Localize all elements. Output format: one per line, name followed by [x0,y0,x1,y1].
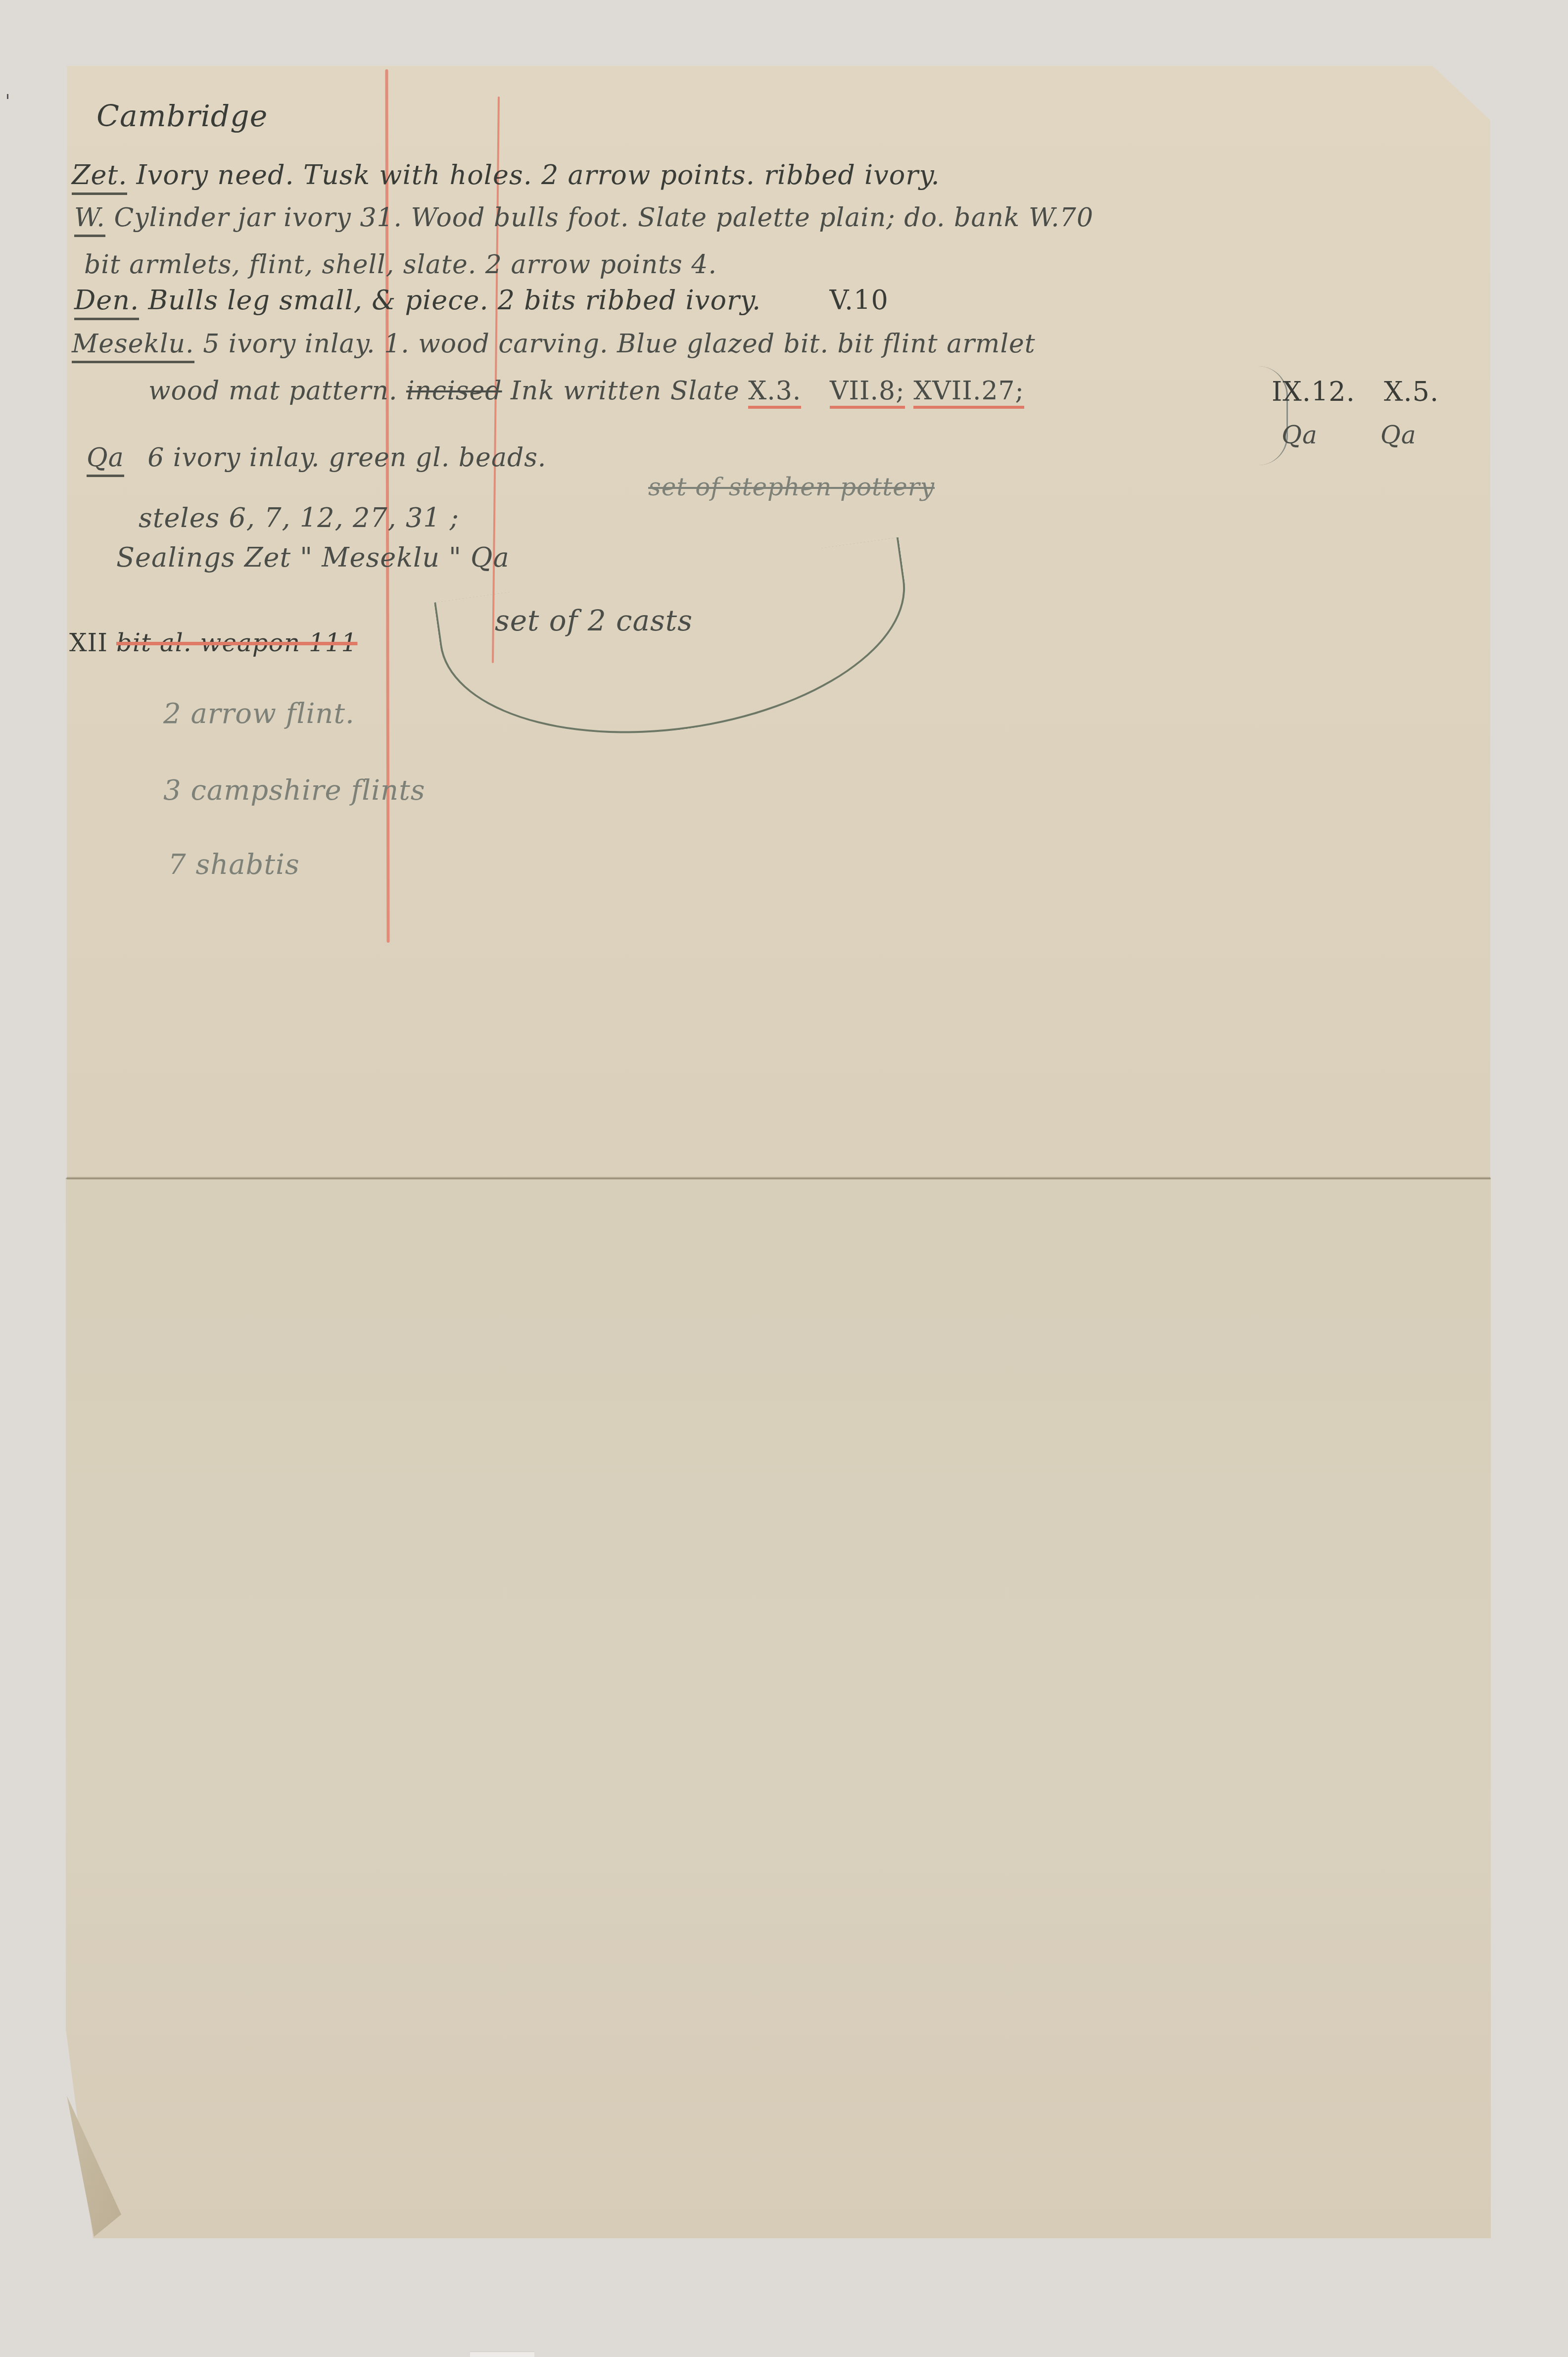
line-sealings: Sealings Zet " Meseklu " Qa [116,542,510,573]
line-label: XII [69,628,108,657]
line-w-cont: bit armlets, flint, shell, slate. 2 arro… [84,250,717,280]
line-label: W. [74,203,105,237]
ref-group-right: IX.12. X.5. [1272,376,1439,407]
line-text: bit armlets, flint, shell, slate. 2 arro… [84,250,717,280]
line-steles: steles 6, 7, 12, 27, 31 ; [139,502,459,533]
line-text: 6 ivory inlay. green gl. beads. [147,443,546,473]
line-text: Ivory need. Tusk with holes. 2 arrow poi… [137,159,940,191]
line-label: Qa [87,443,124,477]
circled-note: set of 2 casts [495,604,693,637]
line-den: Den. Bulls leg small, & piece. 2 bits ri… [74,285,889,316]
line-meseklu-cont: wood mat pattern. incised Ink written Sl… [148,376,1024,406]
line-arrow-flint: 2 arrow flint. [163,698,355,730]
struck-note: set of stephen pottery [648,473,935,501]
struck-word: incised [406,376,502,406]
line-label: Meseklu. [72,329,194,363]
line-meseklu: Meseklu. 5 ivory inlay. 1. wood carving.… [72,329,1036,359]
line-text: 5 ivory inlay. 1. wood carving. Blue gla… [203,329,1036,359]
stray-ink-mark [7,94,8,99]
line-zet: Zet. Ivory need. Tusk with holes. 2 arro… [72,159,940,191]
lower-sheet [66,1178,1491,2238]
ref-number: X.5. [1384,376,1439,407]
fold-crease [67,1177,1490,1180]
ref-sub-qa: Qa [1380,421,1417,449]
ref-number: XVII.27; [913,376,1024,409]
line-w: W. Cylinder jar ivory 31. Wood bulls foo… [74,203,1093,233]
ref-sub-qa: Qa [1282,421,1318,449]
ref-sub-group: Qa Qa [1282,421,1417,449]
ref-number: X.3. [748,376,801,409]
line-text: Bulls leg small, & piece. 2 bits ribbed … [148,285,761,316]
paper-slip-edge [470,2352,534,2357]
line-shabtis: 7 shabtis [168,849,300,881]
line-text: bit al. weapon 111 [116,628,357,657]
ref-number: IX.12. [1272,376,1355,407]
line-label: Zet. [72,159,127,195]
line-text-2: Ink written Slate [511,376,740,406]
ref-number: V.10 [829,285,888,316]
heading: Cambridge [96,99,268,134]
line-label: Den. [74,285,139,320]
line-text: Cylinder jar ivory 31. Wood bulls foot. … [114,203,1093,233]
line-qa: Qa 6 ivory inlay. green gl. beads. [87,443,546,473]
line-campshire-flints: 3 campshire flints [163,774,425,807]
line-xii: XII bit al. weapon 111 [69,628,357,657]
line-text: wood mat pattern. [148,376,397,406]
ref-number: VII.8; [830,376,905,409]
